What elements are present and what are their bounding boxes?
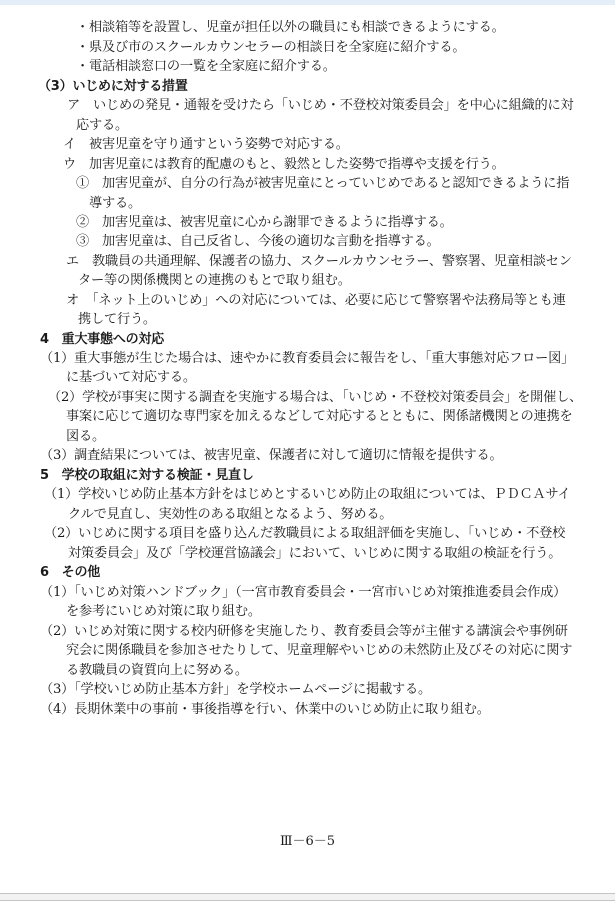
text-line: クルで見直し、実効性のある取組となるよう、努める。 bbox=[68, 505, 392, 524]
text-line: ター等の関係機関との連携のもとで取り組む。 bbox=[78, 271, 351, 290]
text-line: る教職員の資質向上に努める。 bbox=[66, 661, 248, 680]
text-line: ・相談箱等を設置し、児童が担任以外の職員にも相談できるようにする。 bbox=[76, 18, 505, 37]
section-heading: （3）いじめに対する措置 bbox=[38, 77, 188, 96]
text-line: 事案に応じて適切な専門家を加えるなどして対応するとともに、関係諸機関との連携を bbox=[66, 407, 573, 426]
text-line: ① 加害児童が、自分の行為が被害児童にとっていじめであると認知できるように指 bbox=[76, 174, 569, 193]
text-line: （1）学校いじめ防止基本方針をはじめとするいじめ防止の取組については、ＰＤＣＡサ… bbox=[44, 485, 571, 504]
text-line: （1）「いじめ対策ハンドブック」（一宮市教育委員会・一宮市いじめ対策推進委員会作… bbox=[40, 583, 566, 602]
text-line: 導する。 bbox=[89, 194, 141, 213]
text-line: ア いじめの発見・通報を受けたら「いじめ・不登校対策委員会」を中心に組織的に対 bbox=[67, 96, 574, 115]
text-line: オ 「ネット上のいじめ」への対応については、必要に応じて警察署や法務局等とも連 bbox=[66, 291, 566, 310]
horizontal-scrollbar[interactable] bbox=[0, 893, 615, 901]
text-line: （2）いじめ対策に関する校内研修を実施したり、教育委員会等が主催する講演会や事例… bbox=[40, 622, 568, 641]
text-line: （3）「学校いじめ防止基本方針」を学校ホームページに掲載する。 bbox=[40, 680, 431, 699]
text-line: イ 被害児童を守り通すという姿勢で対応する。 bbox=[63, 135, 349, 154]
text-line: 対策委員会」及び「学校運営協議会」において、いじめに関する取組の検証を行う。 bbox=[68, 544, 561, 563]
text-line: ③ 加害児童は、自己反省し、今後の適切な言動を指導する。 bbox=[76, 232, 440, 251]
section-heading: 5 学校の取組に対する検証・見直し bbox=[40, 466, 254, 485]
text-line: ② 加害児童は、被害児童に心から謝罪できるように指導する。 bbox=[76, 213, 453, 232]
text-line: に基づいて対応する。 bbox=[66, 368, 196, 387]
text-line: （1）重大事態が生じた場合は、速やかに教育委員会に報告をし、「重大事態対応フロー… bbox=[40, 349, 574, 368]
text-line: （4）長期休業中の事前・事後指導を行い、休業中のいじめ防止に取り組む。 bbox=[40, 700, 490, 719]
text-line: 究会に関係職員を参加させたりして、児童理解やいじめの未然防止及びその対応に関す bbox=[66, 641, 572, 660]
text-line: ・電話相談窓口の一覧を全家庭に紹介する。 bbox=[76, 57, 336, 76]
text-line: ・県及び市のスクールカウンセラーの相談日を全家庭に紹介する。 bbox=[76, 38, 465, 57]
section-heading: 4 重大事態への対応 bbox=[40, 330, 164, 349]
section-heading: 6 その他 bbox=[40, 563, 100, 582]
text-line: 応する。 bbox=[76, 116, 128, 135]
text-line: （2）いじめに関する項目を盛り込んだ教職員による取組評価を実施し、「いじめ・不登… bbox=[44, 524, 565, 543]
text-line: エ 教職員の共通理解、保護者の協力、スクールカウンセラー、警察署、児童相談セン bbox=[66, 252, 572, 271]
text-line: （3）調査結果については、被害児童、保護者に対して適切に情報を提供する。 bbox=[40, 446, 503, 465]
document-page: ・相談箱等を設置し、児童が担任以外の職員にも相談できるようにする。・県及び市のス… bbox=[0, 5, 615, 893]
text-line: （2）学校が事実に関する調査を実施する場合は、「いじめ・不登校対策委員会」を開催… bbox=[48, 388, 582, 407]
text-line: 携して行う。 bbox=[78, 310, 156, 329]
text-line: ウ 加害児童には教育的配慮のもと、毅然とした姿勢で指導や支援を行う。 bbox=[63, 155, 505, 174]
page-number: Ⅲ－6－5 bbox=[0, 833, 615, 851]
text-line: を参考にいじめ対策に取り組む。 bbox=[66, 602, 261, 621]
text-line: 図る。 bbox=[66, 427, 105, 446]
